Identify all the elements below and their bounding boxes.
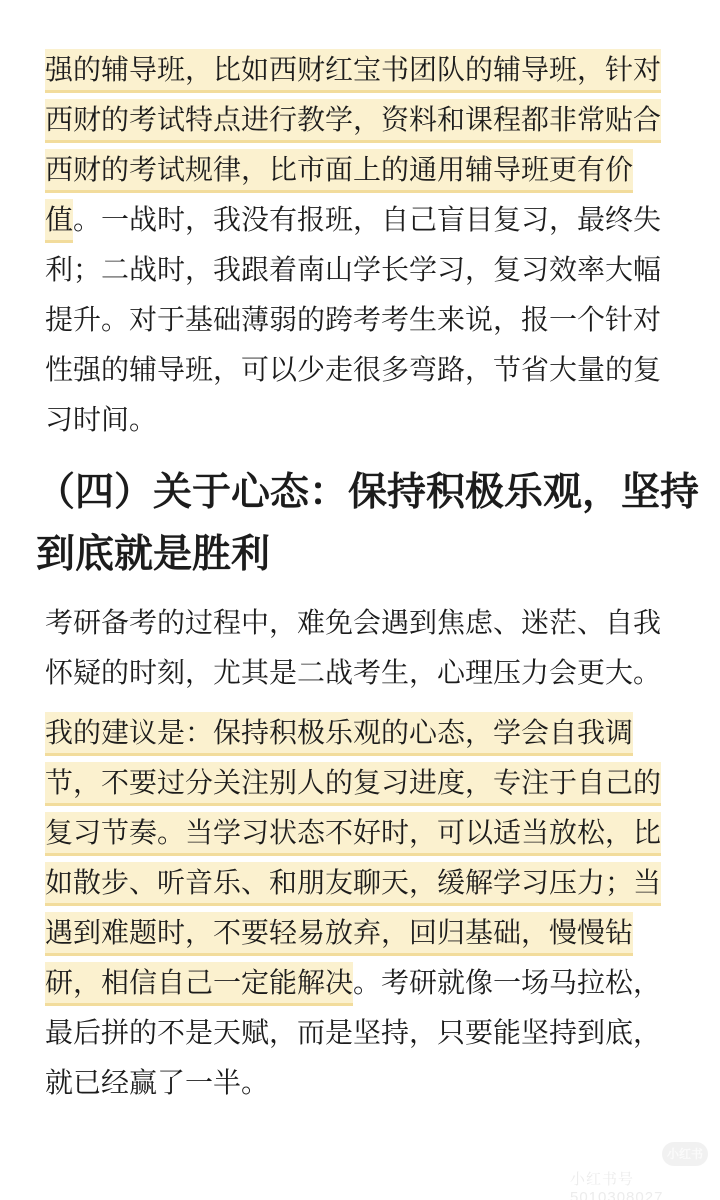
highlighted-text: 西财的考试规律，比市面上的通用辅导班更有价 (45, 149, 633, 193)
text-line: 西财的考试规律，比市面上的通用辅导班更有价 (45, 146, 693, 196)
text-line: 习时间。 (45, 396, 693, 446)
highlighted-text: 强的辅导班，比如西财红宝书团队的辅导班，针对 (45, 49, 661, 93)
highlighted-text: 我的建议是：保持积极乐观的心态，学会自我调 (45, 712, 633, 756)
text-line: 最后拼的不是天赋，而是坚持，只要能坚持到底， (45, 1009, 693, 1059)
section-heading-line: （四）关于心态：保持积极乐观，坚持 (36, 462, 699, 524)
highlighted-text: 研，相信自己一定能解决 (45, 962, 353, 1006)
text-line: 考研备考的过程中，难免会遇到焦虑、迷茫、自我 (45, 599, 693, 649)
text-line: 如散步、听音乐、和朋友聊天，缓解学习压力；当 (45, 859, 693, 909)
text-line: 我的建议是：保持积极乐观的心态，学会自我调 (45, 709, 693, 759)
plain-text: 怀疑的时刻，尤其是二战考生，心理压力会更大。 (45, 658, 661, 689)
text-line: 遇到难题时，不要轻易放弃，回归基础，慢慢钻 (45, 909, 693, 959)
watermark-account-id: 小红书号 5010308027 (570, 1168, 720, 1200)
text-line: 提升。对于基础薄弱的跨考考生来说，报一个针对 (45, 296, 693, 346)
highlighted-text: 遇到难题时，不要轻易放弃，回归基础，慢慢钻 (45, 912, 633, 956)
highlighted-text: 如散步、听音乐、和朋友聊天，缓解学习压力；当 (45, 862, 661, 906)
plain-text: 最后拼的不是天赋，而是坚持，只要能坚持到底， (45, 1018, 661, 1049)
xiaohongshu-logo-badge: 小红书 (662, 1142, 708, 1166)
text-line: 怀疑的时刻，尤其是二战考生，心理压力会更大。 (45, 649, 693, 699)
text-line: 就已经赢了一半。 (45, 1059, 693, 1109)
highlighted-text: 西财的考试特点进行教学，资料和课程都非常贴合 (45, 99, 661, 143)
paragraph-coaching-class: 强的辅导班，比如西财红宝书团队的辅导班，针对 西财的考试特点进行教学，资料和课程… (45, 46, 693, 446)
plain-text: 习时间。 (45, 405, 157, 436)
highlighted-text: 复习节奏。当学习状态不好时，可以适当放松，比 (45, 812, 661, 856)
text-line: 利；二战时，我跟着南山学长学习，复习效率大幅 (45, 246, 693, 296)
section-heading-mindset: （四）关于心态：保持积极乐观，坚持 到底就是胜利 (36, 462, 699, 586)
plain-text: 性强的辅导班，可以少走很多弯路，节省大量的复 (45, 355, 661, 386)
paragraph-advice: 我的建议是：保持积极乐观的心态，学会自我调 节，不要过分关注别人的复习进度，专注… (45, 709, 693, 1109)
paragraph-anxiety: 考研备考的过程中，难免会遇到焦虑、迷茫、自我 怀疑的时刻，尤其是二战考生，心理压… (45, 599, 693, 699)
article-page: 强的辅导班，比如西财红宝书团队的辅导班，针对 西财的考试特点进行教学，资料和课程… (0, 0, 720, 1200)
highlighted-text: 值 (45, 199, 73, 243)
text-line: 西财的考试特点进行教学，资料和课程都非常贴合 (45, 96, 693, 146)
text-line: 复习节奏。当学习状态不好时，可以适当放松，比 (45, 809, 693, 859)
highlighted-text: 节，不要过分关注别人的复习进度，专注于自己的 (45, 762, 661, 806)
plain-text: 。考研就像一场马拉松， (353, 968, 661, 999)
text-line: 性强的辅导班，可以少走很多弯路，节省大量的复 (45, 346, 693, 396)
plain-text: 提升。对于基础薄弱的跨考考生来说，报一个针对 (45, 305, 661, 336)
text-line: 研，相信自己一定能解决。考研就像一场马拉松， (45, 959, 693, 1009)
plain-text: 。一战时，我没有报班，自己盲目复习，最终失 (73, 205, 661, 236)
plain-text: 考研备考的过程中，难免会遇到焦虑、迷茫、自我 (45, 608, 661, 639)
text-line: 强的辅导班，比如西财红宝书团队的辅导班，针对 (45, 46, 693, 96)
section-heading-line: 到底就是胜利 (36, 524, 699, 586)
plain-text: 就已经赢了一半。 (45, 1068, 269, 1099)
text-line: 值。一战时，我没有报班，自己盲目复习，最终失 (45, 196, 693, 246)
plain-text: 利；二战时，我跟着南山学长学习，复习效率大幅 (45, 255, 661, 286)
text-line: 节，不要过分关注别人的复习进度，专注于自己的 (45, 759, 693, 809)
